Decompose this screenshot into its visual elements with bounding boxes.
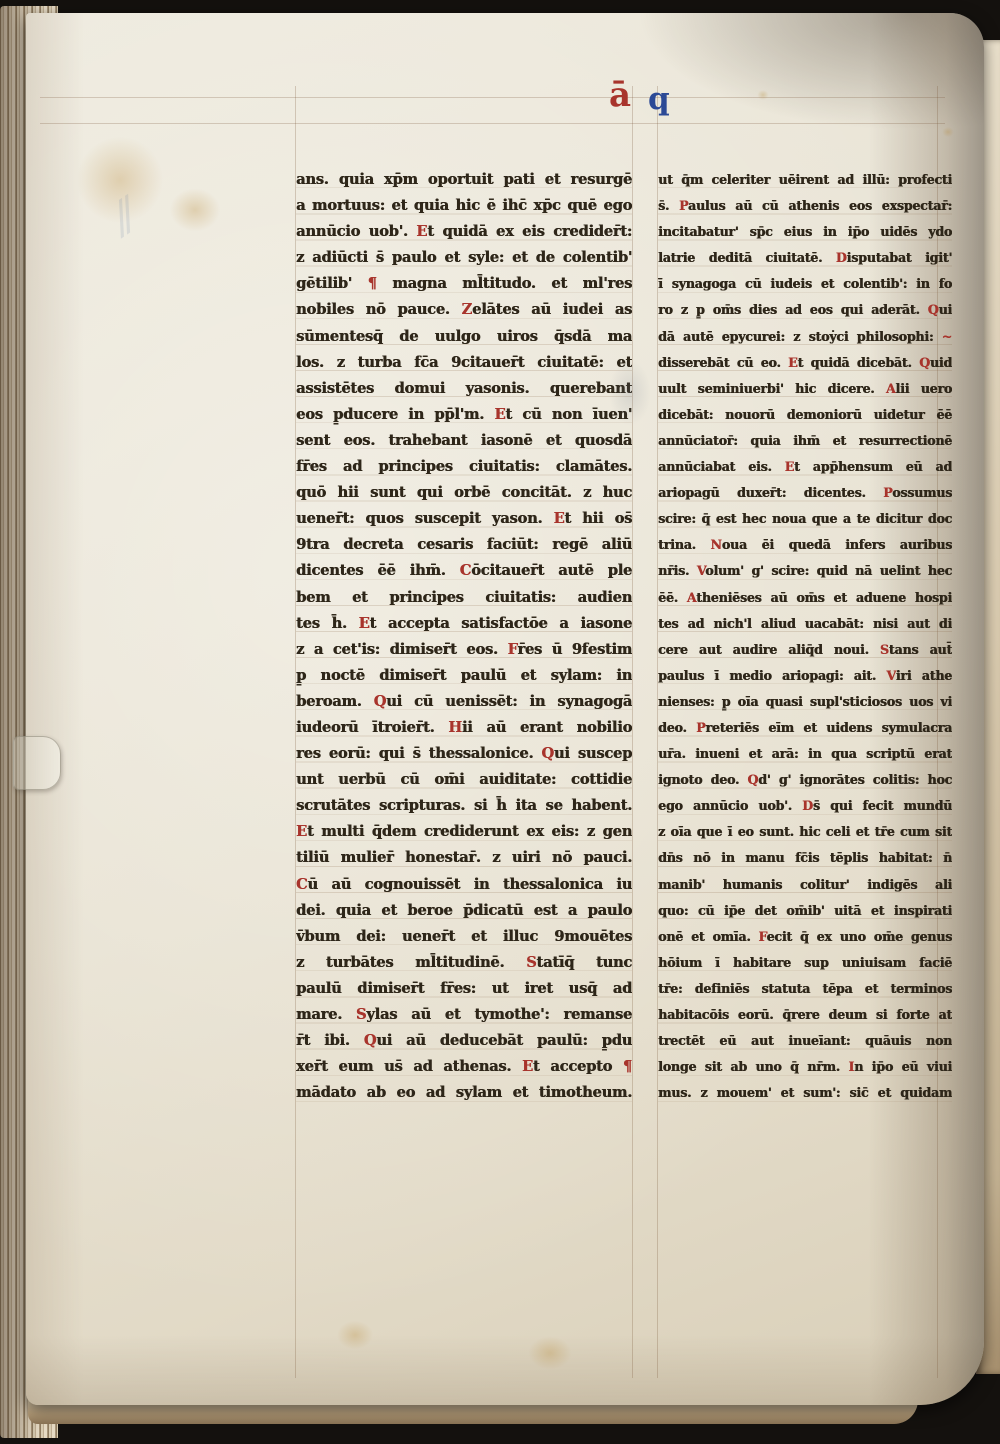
manuscript-line: z oīa que ī eo sunt. hic celi et tr̄e cu… — [658, 819, 952, 845]
rubricated-letter: P — [679, 198, 688, 213]
right-text-column: ut q̄m celeriter uēirent ad illū: profec… — [658, 167, 952, 1108]
rubricated-letter: I — [848, 1059, 854, 1074]
manuscript-line: iudeorū ītroier̄t. Hii aū erant nobilio — [296, 715, 632, 741]
manuscript-line: tr̄e: definiēs statuta tēpa et terminos — [658, 976, 952, 1002]
manuscript-line: tes h̄. Et accepta satisfactōe a iasone — [296, 611, 632, 637]
manuscript-line: incitabatur' sp̄c eius in ip̄o uidēs ydo — [658, 219, 952, 245]
manuscript-line: ariopagū duxer̄t: dicentes. Possumus — [658, 480, 952, 506]
manuscript-line: sūmentesq̄ de uulgo uiros q̄sdā ma — [296, 324, 632, 350]
manuscript-line: sent eos. trahebant iasonē et quosdā — [296, 428, 632, 454]
manuscript-line: mādato ab eo ad sylam et timotheum. — [296, 1080, 632, 1106]
manuscript-line: annūciabat eis. Et app̄hensum eū ad — [658, 454, 952, 480]
manuscript-line: dn̄s nō in manu fc̄is tēplis habitat: n̄ — [658, 845, 952, 871]
rubricated-letter: Q — [374, 693, 387, 710]
manuscript-line: s̄. Paulus aū cū athenis eos exspectar̄: — [658, 193, 952, 219]
header-ruling-line — [40, 123, 945, 124]
rubricated-letter: E — [416, 223, 427, 240]
manuscript-line: gētilib' ¶ magna ml̄titudo. et ml'res — [296, 271, 632, 297]
rubricated-letter: E — [553, 510, 564, 527]
manuscript-line: trectēt eū aut inueīant: quāuis non — [658, 1028, 952, 1054]
rubricated-letter: H — [448, 719, 462, 736]
manuscript-line: paulū dimiser̄t fr̄es: ut iret usq̄ ad — [296, 976, 632, 1002]
rubricated-letter: Q — [541, 745, 554, 762]
rubricated-letter: C — [296, 876, 307, 893]
manuscript-line: los. z turba fc̄a 9citauer̄t ciuitatē: e… — [296, 350, 632, 376]
manuscript-line: uener̄t: quos suscepit yason. Et hii os̄ — [296, 506, 632, 532]
rubricated-letter: V — [886, 668, 895, 683]
rubricated-letter: E — [785, 459, 794, 474]
manuscript-line: quo: cū ip̄e det om̄ib' uitā et inspirat… — [658, 898, 952, 924]
manuscript-line: unt uerbū cū om̄i auiditate: cottidie — [296, 767, 632, 793]
rubricated-letter: E — [359, 615, 370, 632]
manuscript-line: z turbātes ml̄titudinē. Statīq̄ tunc — [296, 950, 632, 976]
rubricated-letter: E — [296, 823, 307, 840]
manuscript-line: nobiles nō pauce. Zelātes aū iudei as — [296, 297, 632, 323]
manuscript-line: nienses: p̱ oīa quasi supl'sticiosos uos… — [658, 689, 952, 715]
manuscript-photo: ā q ans. quia xp̄m oportuit pati et resu… — [0, 0, 1000, 1444]
header-ruling-line — [40, 97, 945, 98]
manuscript-line: trina. Noua ēi quedā infers auribus — [658, 532, 952, 558]
manuscript-line: ēē. Atheniēses aū om̄s et aduene hospi — [658, 585, 952, 611]
manuscript-line: ans. quia xp̄m oportuit pati et resurgē — [296, 167, 632, 193]
rubricated-letter: S — [526, 954, 536, 971]
manuscript-line: nr̄is. Volum' g' scire: quid nā uelint h… — [658, 558, 952, 584]
page-index-tab — [13, 736, 61, 790]
manuscript-line: annūcio uob'. Et quidā ex eis credider̄t… — [296, 219, 632, 245]
manuscript-line: longe sit ab uno q̄ nr̄m. In ip̄o eū viu… — [658, 1054, 952, 1080]
manuscript-line: quō hii sunt qui orbē concitāt. z huc — [296, 480, 632, 506]
manuscript-line: assistētes domui yasonis. querebant — [296, 376, 632, 402]
manuscript-line: latrie deditā ciuitatē. Disputabat igit' — [658, 245, 952, 271]
rubricated-letter: D — [836, 250, 847, 265]
manuscript-line: eos p̱ducere in pp̄l'm. Et cū non īuen' — [296, 402, 632, 428]
rubricated-letter: F — [758, 929, 766, 944]
manuscript-line: dicebāt: nouorū demoniorū uidetur ēē — [658, 402, 952, 428]
rubricated-letter: D — [802, 798, 813, 813]
rubricated-letter: Q — [747, 772, 758, 787]
manuscript-line: hōium ī habitare sup uniuisam faciē — [658, 950, 952, 976]
manuscript-line: Et multi q̄dem crediderunt ex eis: z gen — [296, 819, 632, 845]
manuscript-line: deo. Preteriēs eīm et uidens symulacra — [658, 715, 952, 741]
manuscript-line: uult seminiuerbi' hic dicere. Alii uero — [658, 376, 952, 402]
rubricated-letter: E — [494, 406, 505, 423]
rubricated-letter: A — [687, 590, 696, 605]
manuscript-line: dā autē epycurei: z stoẏci philosophi: ~ — [658, 324, 952, 350]
manuscript-line: habitacōis eorū. q̄rere deum si forte at — [658, 1002, 952, 1028]
manuscript-line: beroam. Qui cū uenissēt: in synagogā — [296, 689, 632, 715]
rubricated-letter: P — [696, 720, 705, 735]
rubricated-letter: ¶ — [623, 1058, 632, 1075]
manuscript-line: ignoto deo. Qd' g' ignorātes colitis: ho… — [658, 767, 952, 793]
rubricated-letter: Q — [364, 1032, 377, 1049]
rubricated-letter: ~ — [942, 329, 952, 344]
manuscript-line: tes ad nich'l aliud uacabāt: nisi aut di — [658, 611, 952, 637]
rubricated-letter: S — [880, 642, 889, 657]
manuscript-line: ī synagoga cū iudeis et colentib': in fo — [658, 271, 952, 297]
manuscript-line: ro z p̱ om̄s dies ad eos qui aderāt. Qui — [658, 297, 952, 323]
rubricated-letter: N — [710, 537, 721, 552]
manuscript-line: mus. z mouem' et sum': sic̄ et quidam — [658, 1080, 952, 1106]
left-text-column: ans. quia xp̄m oportuit pati et resurgēa… — [296, 167, 632, 1108]
rubricated-letter: Q — [919, 355, 930, 370]
manuscript-line: scire: q̄ est hec noua que a te dicitur … — [658, 506, 952, 532]
running-header-blue-letter: q — [648, 84, 670, 115]
manuscript-line: r̄t ibi. Qui aū deducebāt paulū: p̱du — [296, 1028, 632, 1054]
manuscript-line: onē et omīa. Fecit q̄ ex uno om̄e genus — [658, 924, 952, 950]
manuscript-line: z adiūcti s̄ paulo et syle: et de colent… — [296, 245, 632, 271]
manuscript-line: paulus ī medio ariopagi: ait. Viri athe — [658, 663, 952, 689]
rubricated-letter: C — [460, 562, 471, 579]
manuscript-line: ego annūcio uob'. Ds̄ qui fecit mundū — [658, 793, 952, 819]
column-ruling-line — [632, 86, 633, 1378]
manuscript-line: a mortuus: et quia hic ē ihc̄ xp̄c quē e… — [296, 193, 632, 219]
manuscript-line: p̱ noctē dimiser̄t paulū et sylam: in — [296, 663, 632, 689]
rubricated-letter: E — [788, 355, 797, 370]
manuscript-line: scrutātes scripturas. si h̄ ita se haben… — [296, 793, 632, 819]
manuscript-line: fr̄es ad principes ciuitatis: clamātes. — [296, 454, 632, 480]
manuscript-line: cere aut audire aliq̄d noui. Stans aut̄ — [658, 637, 952, 663]
manuscript-line: 9tra decreta cesaris faciūt: regē aliū — [296, 532, 632, 558]
manuscript-line: ut q̄m celeriter uēirent ad illū: profec… — [658, 167, 952, 193]
rubricated-letter: V — [697, 563, 705, 578]
manuscript-line: v̄bum dei: uener̄t et illuc 9mouētes — [296, 924, 632, 950]
manuscript-line: manib' humanis colitur' indigēs ali — [658, 872, 952, 898]
manuscript-line: Cū aū cognouissēt in thessalonica iu — [296, 872, 632, 898]
manuscript-line: annūciator̄: quia ihm̄ et resurrectionē — [658, 428, 952, 454]
rubricated-letter: Q — [928, 302, 939, 317]
manuscript-line: mare. Sylas aū et tymothe': remanse — [296, 1002, 632, 1028]
manuscript-line: xer̄t eum us̄ ad athenas. Et accepto ¶ — [296, 1054, 632, 1080]
manuscript-line: dei. quia et beroe p̄dicatū est a paulo — [296, 898, 632, 924]
manuscript-line: bem et principes ciuitatis: audien — [296, 585, 632, 611]
rubricated-letter: F — [507, 641, 517, 658]
running-header-red-letter: ā — [609, 78, 631, 112]
rubricated-letter: P — [883, 485, 892, 500]
manuscript-line: disserebāt cū eo. Et quidā dicebāt. Quid — [658, 350, 952, 376]
rubricated-letter: Z — [462, 301, 472, 318]
manuscript-line: z a cet'is: dimiser̄t eos. Fr̄es ū 9fest… — [296, 637, 632, 663]
manuscript-line: ur̄a. inueni et arā: in qua scriptū erat — [658, 741, 952, 767]
rubricated-letter: ¶ — [368, 275, 377, 292]
manuscript-line: res eorū: qui s̄ thessalonice. Qui susce… — [296, 741, 632, 767]
manuscript-line: tiliū mulier̄ honestar̄. z uiri nō pauci… — [296, 845, 632, 871]
rubricated-letter: S — [356, 1006, 366, 1023]
rubricated-letter: E — [522, 1058, 533, 1075]
rubricated-letter: A — [886, 381, 896, 396]
manuscript-line: dicentes ēē ihm̄. Cōcitauer̄t autē ple — [296, 558, 632, 584]
